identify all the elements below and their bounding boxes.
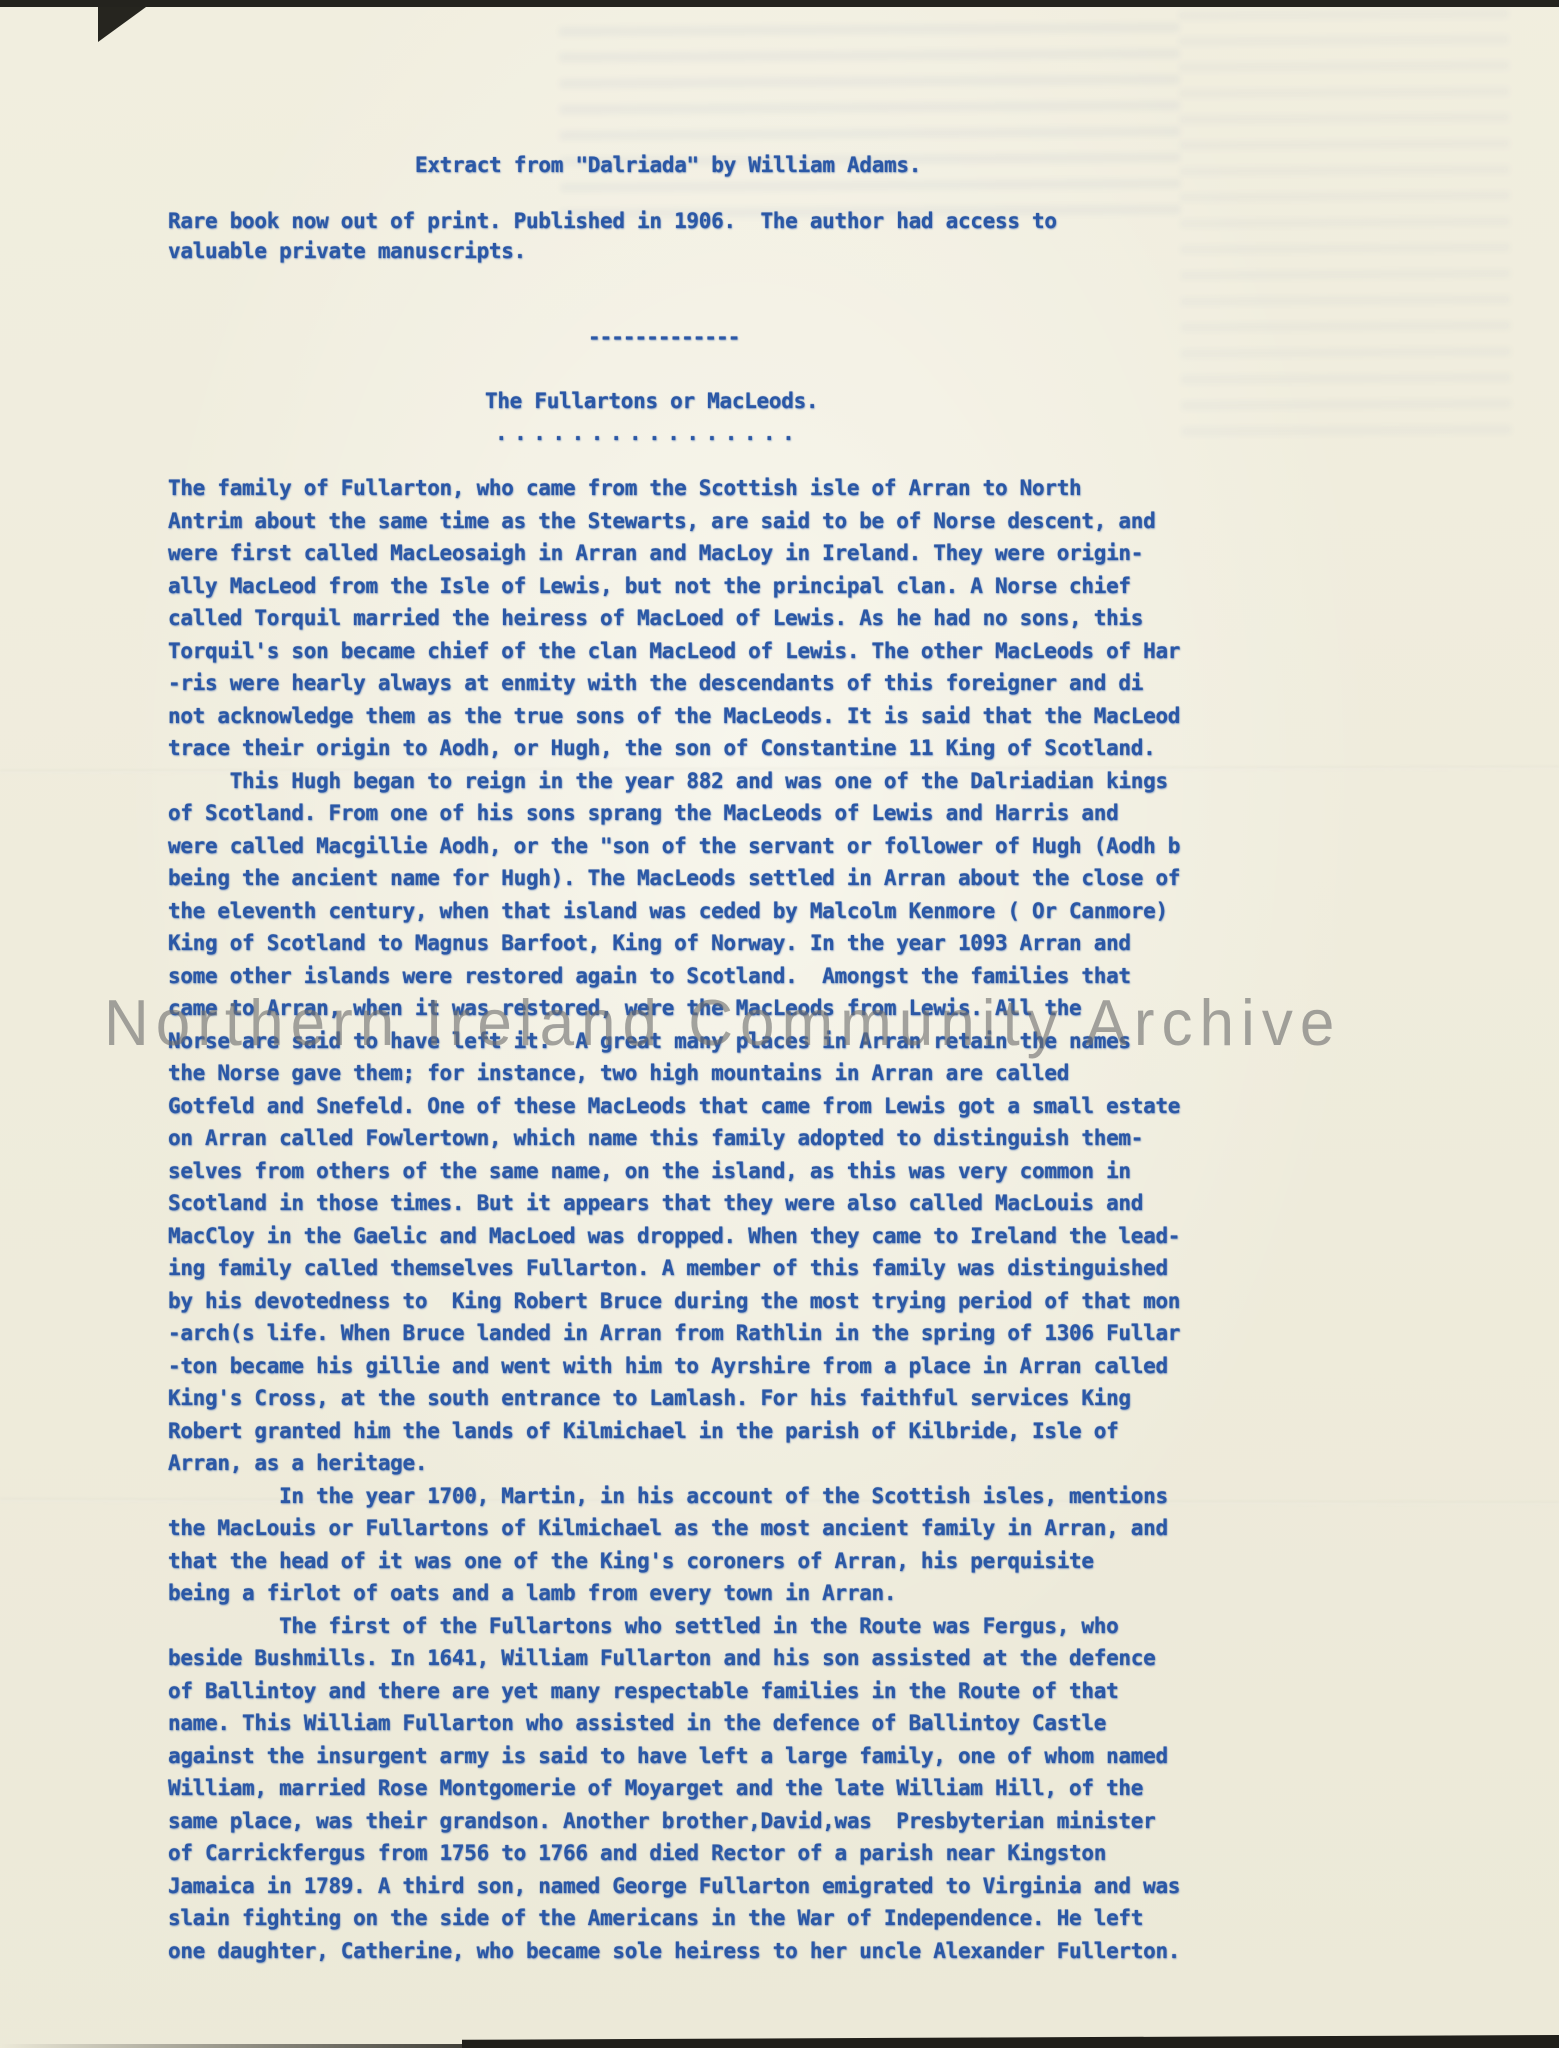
scanner-edge-top xyxy=(0,0,1559,7)
scanner-edge-bottom-shadow xyxy=(0,2044,470,2048)
scanned-document: Extract from "Dalriada" by William Adams… xyxy=(0,0,1559,2048)
paragraph-1: The family of Fullarton, who came from t… xyxy=(168,472,1428,765)
archive-watermark: Northern Ireland Community Archive xyxy=(104,987,1341,1061)
paragraph-2: This Hugh began to reign in the year 882… xyxy=(168,765,1428,1480)
paper-sheet: Extract from "Dalriada" by William Adams… xyxy=(0,0,1559,2048)
typewritten-content: Extract from "Dalriada" by William Adams… xyxy=(168,0,1428,1967)
document-title: Extract from "Dalriada" by William Adams… xyxy=(415,150,1428,180)
document-intro-note: Rare book now out of print. Published in… xyxy=(168,206,1428,266)
paragraph-4: The first of the Fullartons who settled … xyxy=(168,1610,1428,1968)
dashed-separator: ------------- xyxy=(588,322,1428,352)
paragraph-3: In the year 1700, Martin, in his account… xyxy=(168,1480,1428,1610)
dotted-separator: ................ xyxy=(495,418,1428,448)
document-body: The family of Fullarton, who came from t… xyxy=(168,472,1428,1967)
section-heading: The Fullartons or MacLeods. xyxy=(485,386,1428,416)
